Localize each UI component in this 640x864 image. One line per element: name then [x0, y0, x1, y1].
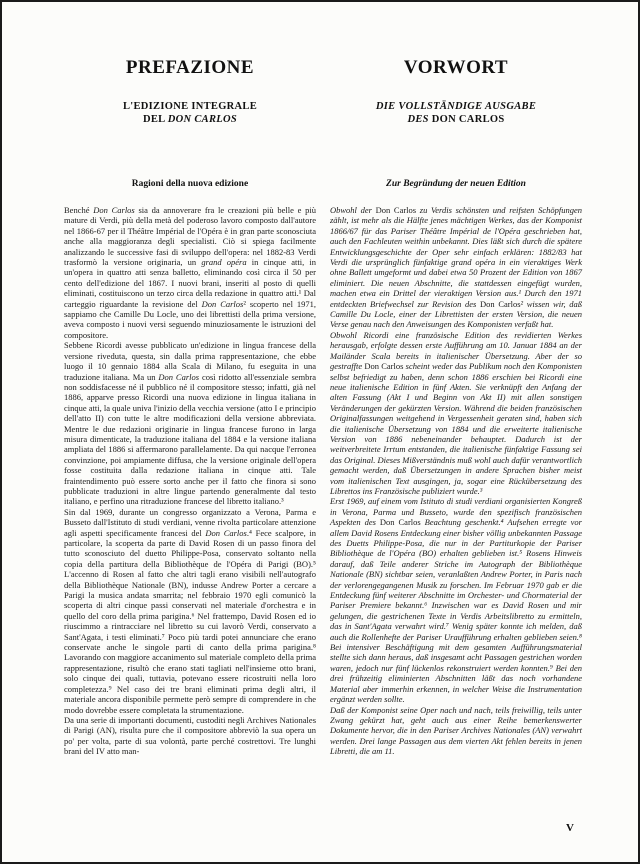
paragraph: Sebbene Ricordi avesse pubblicato un'edi…: [64, 340, 316, 507]
subtitle-line-1: L'EDIZIONE INTEGRALE: [64, 100, 316, 113]
section-heading-italian: Ragioni della nuova edizione: [64, 178, 316, 190]
page-number: V: [566, 822, 574, 834]
paragraph: Erst 1969, auf einem vom Istituto di stu…: [330, 496, 582, 704]
edition-subtitle-italian: L'EDIZIONE INTEGRALE DEL DON CARLOS: [64, 100, 316, 126]
paragraph: Sin dal 1969, durante un congresso organ…: [64, 507, 316, 715]
subtitle-line-1: DIE VOLLSTÄNDIGE AUSGABE: [330, 100, 582, 113]
section-heading-german: Zur Begründung der neuen Edition: [330, 178, 582, 190]
paragraph: Da una serie di importanti documenti, cu…: [64, 715, 316, 757]
body-text-german: Obwohl der Don Carlos zu Verdis schönste…: [330, 205, 582, 757]
body-text-italian: Benché Don Carlos sia da annoverare fra …: [64, 205, 316, 757]
paragraph: Daß der Komponist seine Oper nach und na…: [330, 705, 582, 757]
paragraph: Benché Don Carlos sia da annoverare fra …: [64, 205, 316, 340]
paragraph: Obwohl der Don Carlos zu Verdis schönste…: [330, 205, 582, 330]
german-column: VORWORT DIE VOLLSTÄNDIGE AUSGABE DES DON…: [330, 56, 582, 757]
edition-subtitle-german: DIE VOLLSTÄNDIGE AUSGABE DES DON CARLOS: [330, 100, 582, 126]
italian-column: PREFAZIONE L'EDIZIONE INTEGRALE DEL DON …: [64, 56, 316, 757]
scanned-book-page: PREFAZIONE L'EDIZIONE INTEGRALE DEL DON …: [0, 0, 640, 864]
subtitle-line-2: DES DON CARLOS: [330, 113, 582, 126]
preface-title-italian: PREFAZIONE: [64, 56, 316, 80]
subtitle-line-2: DEL DON CARLOS: [64, 113, 316, 126]
paragraph: Obwohl Ricordi eine französische Edition…: [330, 330, 582, 497]
preface-title-german: VORWORT: [330, 56, 582, 80]
